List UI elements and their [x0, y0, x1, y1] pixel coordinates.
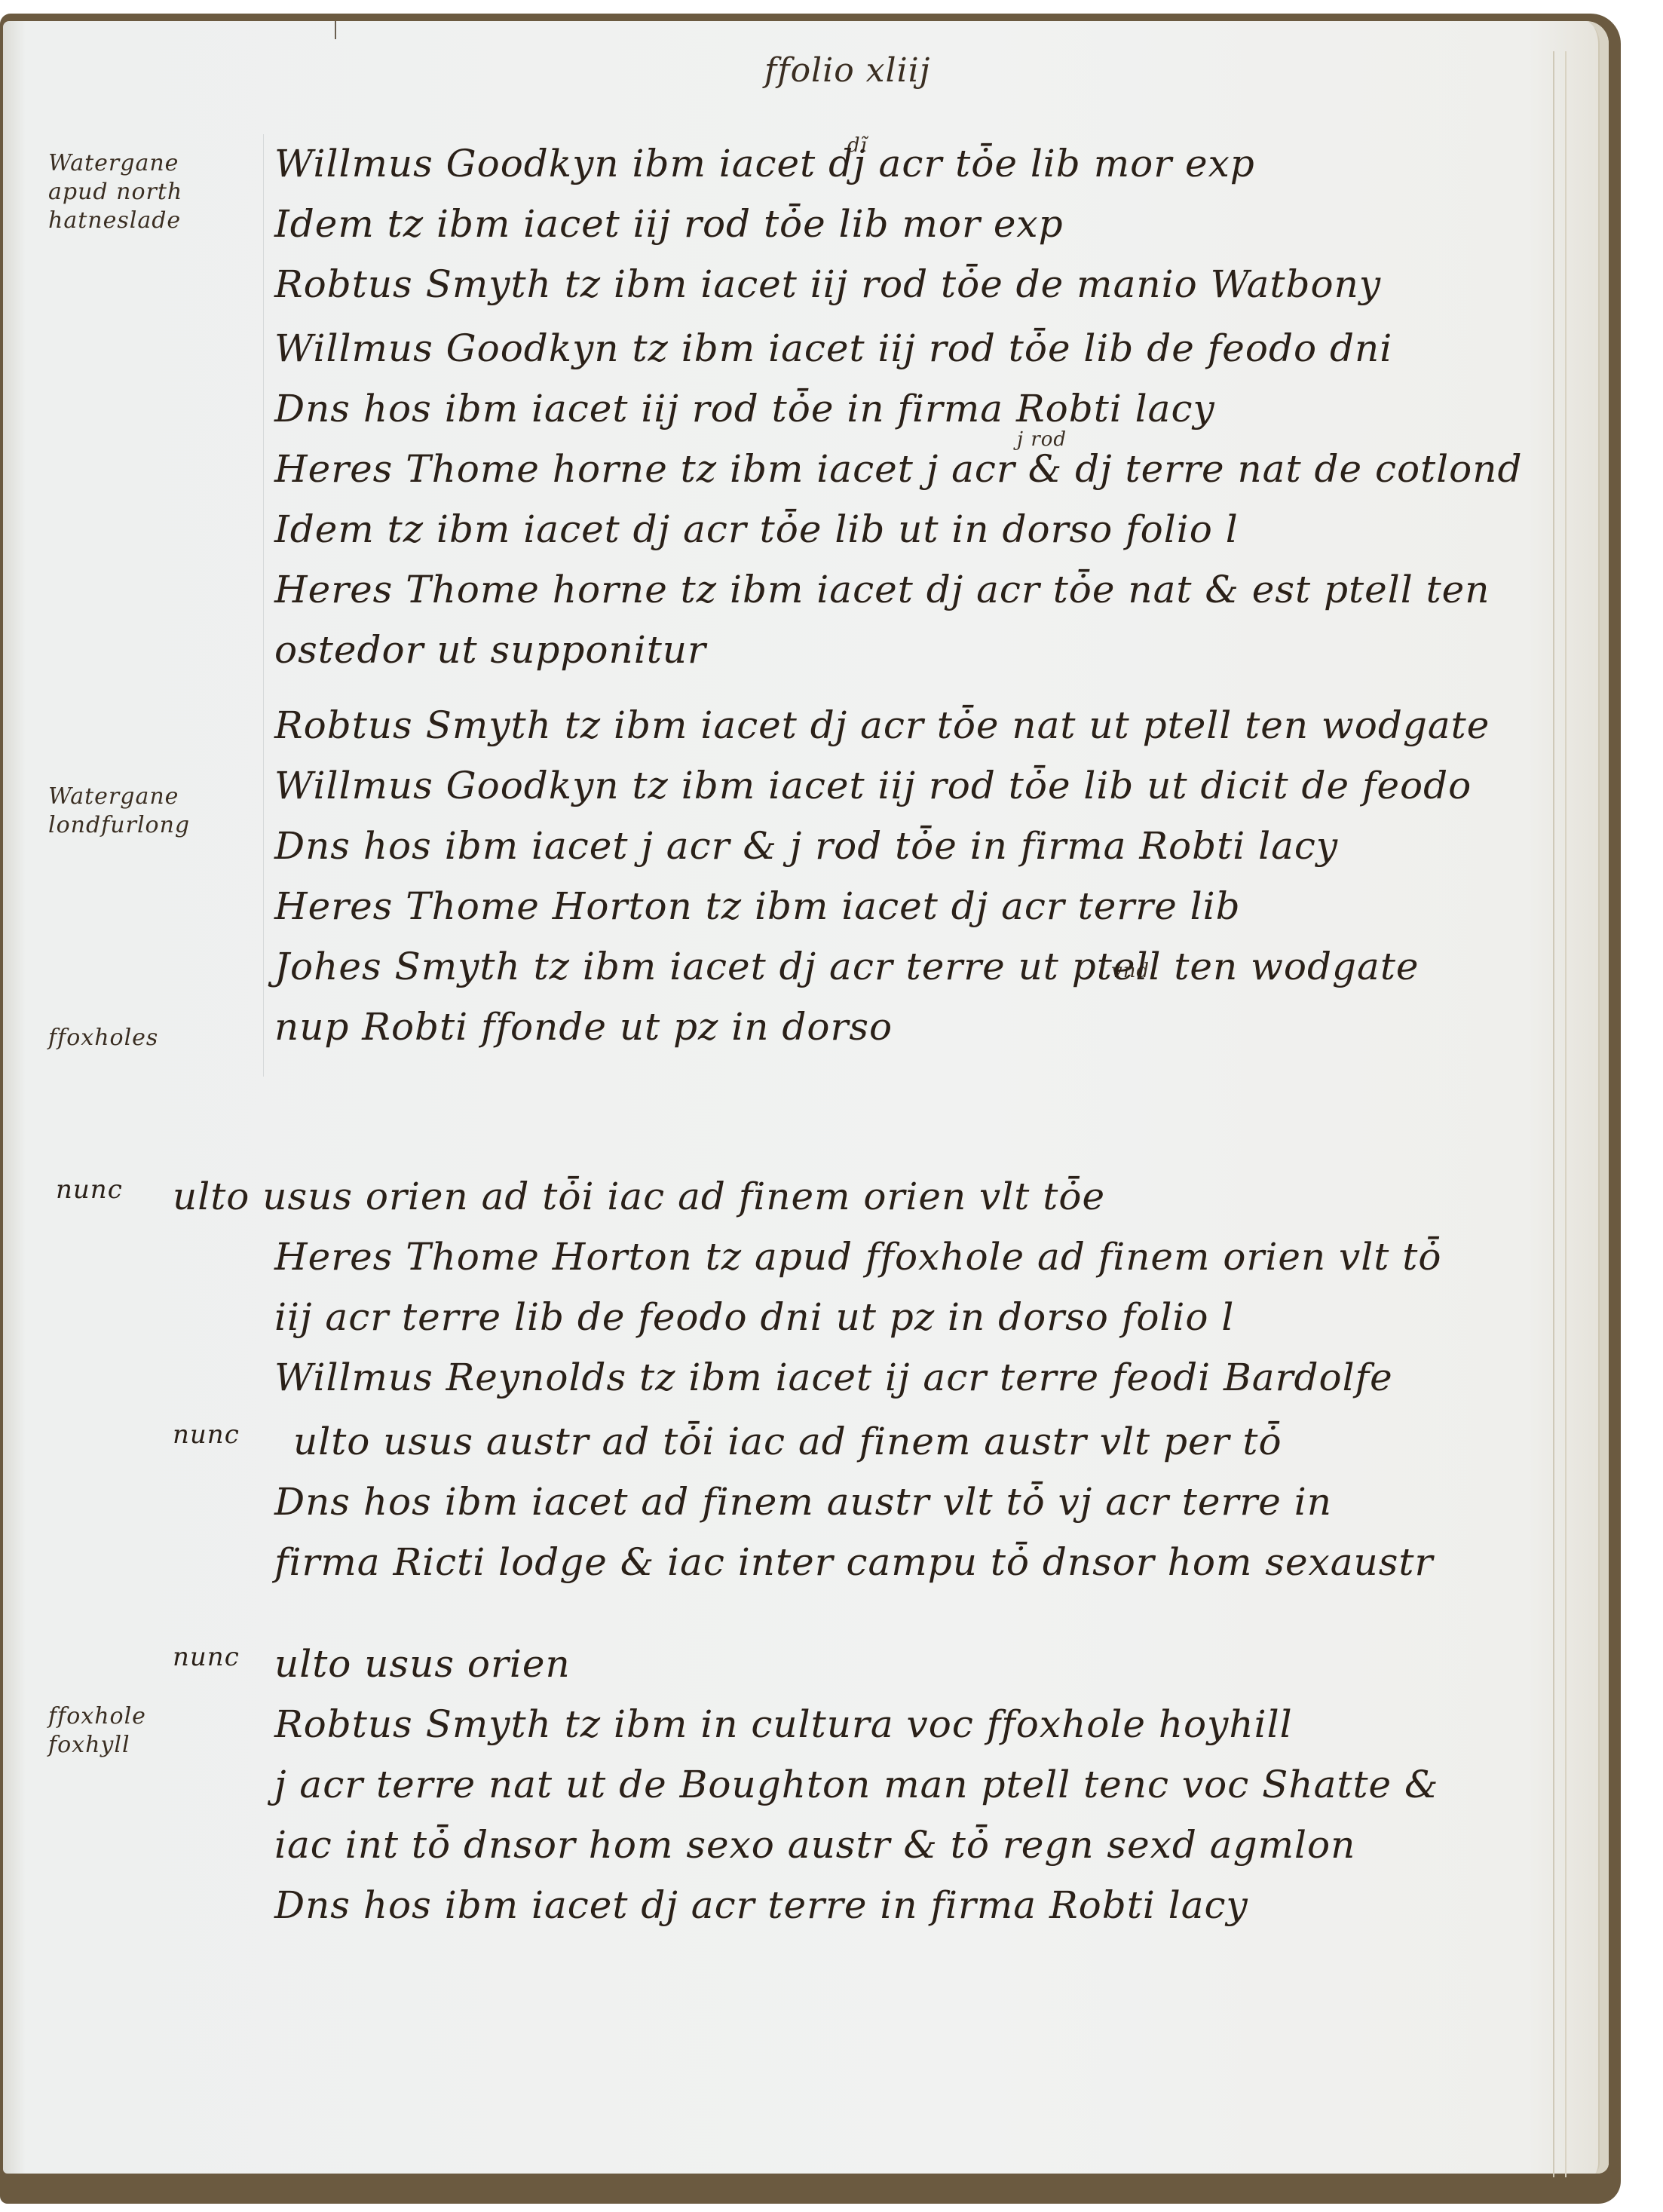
folio-heading: ffolio xliij	[764, 51, 930, 90]
text-line: ostedor ut supponitur	[274, 628, 706, 672]
text-line: Willmus Goodkyn ibm iacet dj acr tȱe lib…	[274, 142, 1255, 185]
page-mark	[335, 21, 336, 39]
text-line: Dns hos ibm iacet iij rod tȱe in firma R…	[274, 387, 1215, 430]
text-line: iac int tȱ dnsor hom sexo austr & tȱ reg…	[274, 1823, 1355, 1867]
section-marker: nunc	[173, 1420, 240, 1450]
ruling-line	[263, 134, 264, 1077]
margin-note: Watergane apud north hatneslade	[48, 149, 182, 235]
text-line: Robtus Smyth tz ibm iacet dj acr tȱe nat…	[274, 703, 1490, 747]
text-line: Johes Smyth tz ibm iacet dj acr terre ut…	[274, 945, 1420, 988]
text-line: ulto usus orien	[274, 1642, 571, 1686]
margin-note: Watergane londfurlong	[48, 783, 190, 840]
text-line: Heres Thome Horton tz apud ffoxhole ad f…	[274, 1235, 1441, 1279]
text-line: Willmus Goodkyn tz ibm iacet iij rod tȱe…	[274, 326, 1392, 370]
text-line: Heres Thome Horton tz ibm iacet dj acr t…	[274, 884, 1241, 928]
text-line: Robtus Smyth tz ibm iacet iij rod tȱe de…	[274, 262, 1381, 306]
text-line: Robtus Smyth tz ibm in cultura voc ffoxh…	[274, 1702, 1293, 1746]
text-line: nup Robti ffonde ut pz in dorso	[274, 1005, 893, 1049]
text-line: Willmus Reynolds tz ibm iacet ij acr ter…	[274, 1356, 1393, 1399]
text-line: Willmus Goodkyn tz ibm iacet iij rod tȱe…	[274, 764, 1472, 807]
text-line: Idem tz ibm iacet iij rod tȱe lib mor ex…	[274, 202, 1064, 246]
text-line: firma Ricti lodge & iac inter campu tȱ d…	[274, 1540, 1433, 1584]
margin-note: ffoxholes	[48, 1024, 158, 1052]
manuscript-page: ffolio xliij Watergane apud north hatnes…	[3, 21, 1609, 2174]
text-line: ulto usus orien ad tȱi iac ad finem orie…	[173, 1175, 1105, 1218]
page-edges	[1553, 51, 1567, 2177]
text-line: Heres Thome horne tz ibm iacet j acr & d…	[274, 447, 1522, 491]
section-marker: nunc	[56, 1175, 123, 1205]
text-line: j acr terre nat ut de Boughton man ptell…	[274, 1763, 1439, 1806]
section-marker: nunc	[173, 1642, 240, 1672]
text-line: Dns hos ibm iacet dj acr terre in firma …	[274, 1883, 1248, 1927]
text-line: iij acr terre lib de feodo dni ut pz in …	[274, 1295, 1234, 1339]
text-line: ulto usus austr ad tȱi iac ad finem aust…	[293, 1420, 1282, 1463]
text-line: Idem tz ibm iacet dj acr tȱe lib ut in d…	[274, 507, 1239, 551]
margin-note: ffoxhole foxhyll	[48, 1702, 146, 1760]
text-line: Dns hos ibm iacet ad finem austr vlt tȱ …	[274, 1480, 1332, 1524]
text-line: Dns hos ibm iacet j acr & j rod tȱe in f…	[274, 824, 1338, 868]
text-line: Heres Thome horne tz ibm iacet dj acr tȱ…	[274, 568, 1490, 611]
